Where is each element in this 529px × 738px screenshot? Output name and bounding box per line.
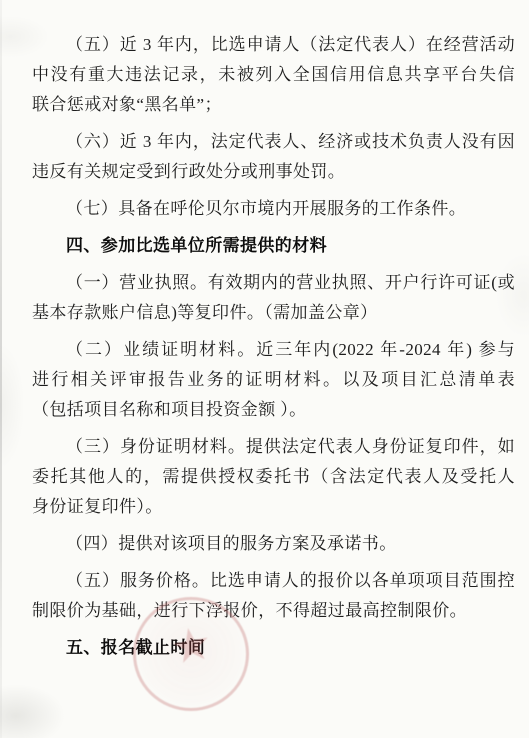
text-line: （五）近 3 年内，比选申请人（法定代表人）在经营活动 [32,30,515,60]
paragraph: （四）提供对该项目的服务方案及承诺书。 [32,529,515,559]
paragraph: （六）近 3 年内，法定代表人、经济或技术负责人没有因违反有关规定受到行政处分或… [32,127,515,187]
text-line: （六）近 3 年内，法定代表人、经济或技术负责人没有因 [32,127,515,157]
text-line: （七）具备在呼伦贝尔市境内开展服务的工作条件。 [32,194,515,224]
text-line: 联合惩戒对象“黑名单”； [32,90,515,120]
text-line: 制限价为基础，进行下浮报价，不得超过最高控制限价。 [32,596,515,626]
paragraph: （二）业绩证明材料。近三年内(2022 年-2024 年) 参与进行相关评审报告… [32,335,515,425]
text-line: 五、报名截止时间 [32,633,515,663]
text-line: 身份证复印件）。 [32,492,515,522]
text-line: （五）服务价格。比选申请人的报价以各单项项目范围控 [32,566,515,596]
document-page: （五）近 3 年内，比选申请人（法定代表人）在经营活动中没有重大违法记录，未被列… [0,0,529,738]
text-line: 基本存款账户信息)等复印件。（需加盖公章） [32,298,515,328]
text-line: 中没有重大违法记录，未被列入全国信用信息共享平台失信 [32,60,515,90]
paragraph: （三）身份证明材料。提供法定代表人身份证复印件，如委托其他人的，需提供授权委托书… [32,432,515,522]
text-line: 委托其他人的，需提供授权委托书（含法定代表人及受托人 [32,462,515,492]
paragraph: （一）营业执照。有效期内的营业执照、开户行许可证(或基本存款账户信息)等复印件。… [32,268,515,328]
text-line: 违反有关规定受到行政处分或刑事处罚。 [32,157,515,187]
text-line: （一）营业执照。有效期内的营业执照、开户行许可证(或 [32,268,515,298]
paragraph: （七）具备在呼伦贝尔市境内开展服务的工作条件。 [32,194,515,224]
section-heading: 五、报名截止时间 [32,633,515,663]
text-line: （四）提供对该项目的服务方案及承诺书。 [32,529,515,559]
text-line: （包括项目名称和项目投资金额 ）。 [32,395,515,425]
paragraph: （五）服务价格。比选申请人的报价以各单项项目范围控制限价为基础，进行下浮报价，不… [32,566,515,626]
document-body: （五）近 3 年内，比选申请人（法定代表人）在经营活动中没有重大违法记录，未被列… [32,30,515,670]
paragraph: （五）近 3 年内，比选申请人（法定代表人）在经营活动中没有重大违法记录，未被列… [32,30,515,120]
text-line: （三）身份证明材料。提供法定代表人身份证复印件，如 [32,432,515,462]
text-line: 进行相关评审报告业务的证明材料。以及项目汇总清单表 [32,365,515,395]
section-heading: 四、参加比选单位所需提供的材料 [32,231,515,261]
text-line: 四、参加比选单位所需提供的材料 [32,231,515,261]
text-line: （二）业绩证明材料。近三年内(2022 年-2024 年) 参与 [32,335,515,365]
